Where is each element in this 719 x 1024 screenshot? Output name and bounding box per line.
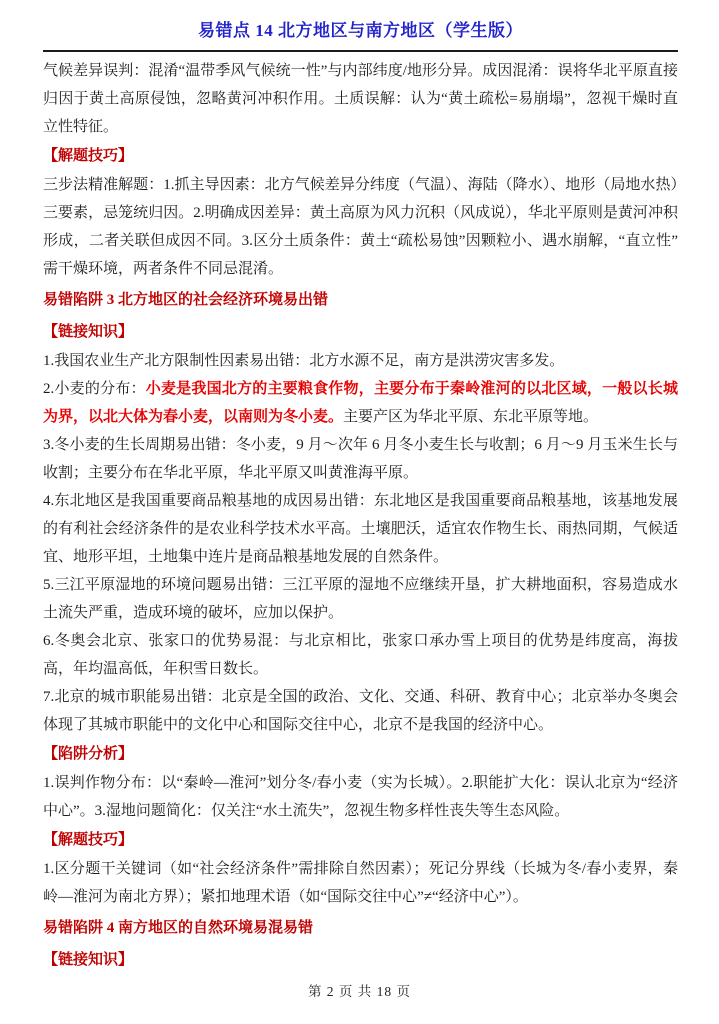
- paragraph: 气候差异误判：混淆“温带季风气候统一性”与内部纬度/地形分异。成因混淆：误将华北…: [43, 57, 678, 141]
- text-run: 2.小麦的分布：: [43, 381, 146, 397]
- text-run: 气候差异误判：混淆“温带季风气候统一性”与内部纬度/地形分异。成因混淆：误将华北…: [43, 63, 678, 135]
- paragraph: 6.冬奥会北京、张家口的优势易混：与北京相比，张家口承办雪上项目的优势是纬度高，…: [43, 627, 678, 683]
- text-run: 主要产区为华北平原、东北平原等地。: [343, 409, 598, 425]
- text-run: 1.区分题干关键词（如“社会经济条件”需排除自然因素）；死记分界线（长城为冬/春…: [43, 861, 678, 905]
- paragraph: 1.误判作物分布：以“秦岭—淮河”划分冬/春小麦（实为长城）。2.职能扩大化：误…: [43, 769, 678, 825]
- text-run: 3.冬小麦的生长周期易出错：冬小麦，9 月～次年 6 月冬小麦生长与收割；6 月…: [43, 437, 678, 481]
- paragraph: 三步法精准解题：1.抓主导因素：北方气候差异分纬度（气温）、海陆（降水）、地形（…: [43, 171, 678, 283]
- text-run: 6.冬奥会北京、张家口的优势易混：与北京相比，张家口承办雪上项目的优势是纬度高，…: [43, 633, 678, 677]
- text-run: 7.北京的城市职能易出错：北京是全国的政治、文化、交通、科研、教育中心；北京举办…: [43, 689, 678, 733]
- paragraph: 1.区分题干关键词（如“社会经济条件”需排除自然因素）；死记分界线（长城为冬/春…: [43, 855, 678, 911]
- paragraph: 1.我国农业生产北方限制性因素易出错：北方水源不足，南方是洪涝灾害多发。: [43, 347, 678, 375]
- paragraph: 4.东北地区是我国重要商品粮基地的成因易出错：东北地区是我国重要商品粮基地，该基…: [43, 487, 678, 571]
- trap-heading: 易错陷阱 3 北方地区的社会经济环境易出错: [43, 285, 678, 315]
- text-run: 1.误判作物分布：以“秦岭—淮河”划分冬/春小麦（实为长城）。2.职能扩大化：误…: [43, 775, 678, 819]
- paragraph: 3.冬小麦的生长周期易出错：冬小麦，9 月～次年 6 月冬小麦生长与收割；6 月…: [43, 431, 678, 487]
- document-body: 气候差异误判：混淆“温带季风气候统一性”与内部纬度/地形分异。成因混淆：误将华北…: [43, 57, 678, 975]
- paragraph: 7.北京的城市职能易出错：北京是全国的政治、文化、交通、科研、教育中心；北京举办…: [43, 683, 678, 739]
- page-footer: 第 2 页 共 18 页: [0, 980, 719, 1000]
- text-run: 4.东北地区是我国重要商品粮基地的成因易出错：东北地区是我国重要商品粮基地，该基…: [43, 493, 678, 565]
- text-run: 三步法精准解题：1.抓主导因素：北方气候差异分纬度（气温）、海陆（降水）、地形（…: [43, 177, 678, 277]
- document-title: 易错点 14 北方地区与南方地区（学生版）: [43, 18, 678, 44]
- section-heading: 【链接知识】: [43, 945, 678, 975]
- text-run: 1.我国农业生产北方限制性因素易出错：北方水源不足，南方是洪涝灾害多发。: [43, 353, 564, 369]
- section-heading: 【链接知识】: [43, 317, 678, 347]
- document-page: 易错点 14 北方地区与南方地区（学生版） 气候差异误判：混淆“温带季风气候统一…: [0, 0, 719, 1024]
- section-heading: 【解题技巧】: [43, 141, 678, 171]
- paragraph: 2.小麦的分布：小麦是我国北方的主要粮食作物，主要分布于秦岭淮河的以北区域，一般…: [43, 375, 678, 431]
- title-divider: [43, 50, 678, 52]
- section-heading: 【陷阱分析】: [43, 739, 678, 769]
- paragraph: 5.三江平原湿地的环境问题易出错：三江平原的湿地不应继续开垦，扩大耕地面积，容易…: [43, 571, 678, 627]
- text-run: 5.三江平原湿地的环境问题易出错：三江平原的湿地不应继续开垦，扩大耕地面积，容易…: [43, 577, 678, 621]
- section-heading: 【解题技巧】: [43, 825, 678, 855]
- trap-heading: 易错陷阱 4 南方地区的自然环境易混易错: [43, 913, 678, 943]
